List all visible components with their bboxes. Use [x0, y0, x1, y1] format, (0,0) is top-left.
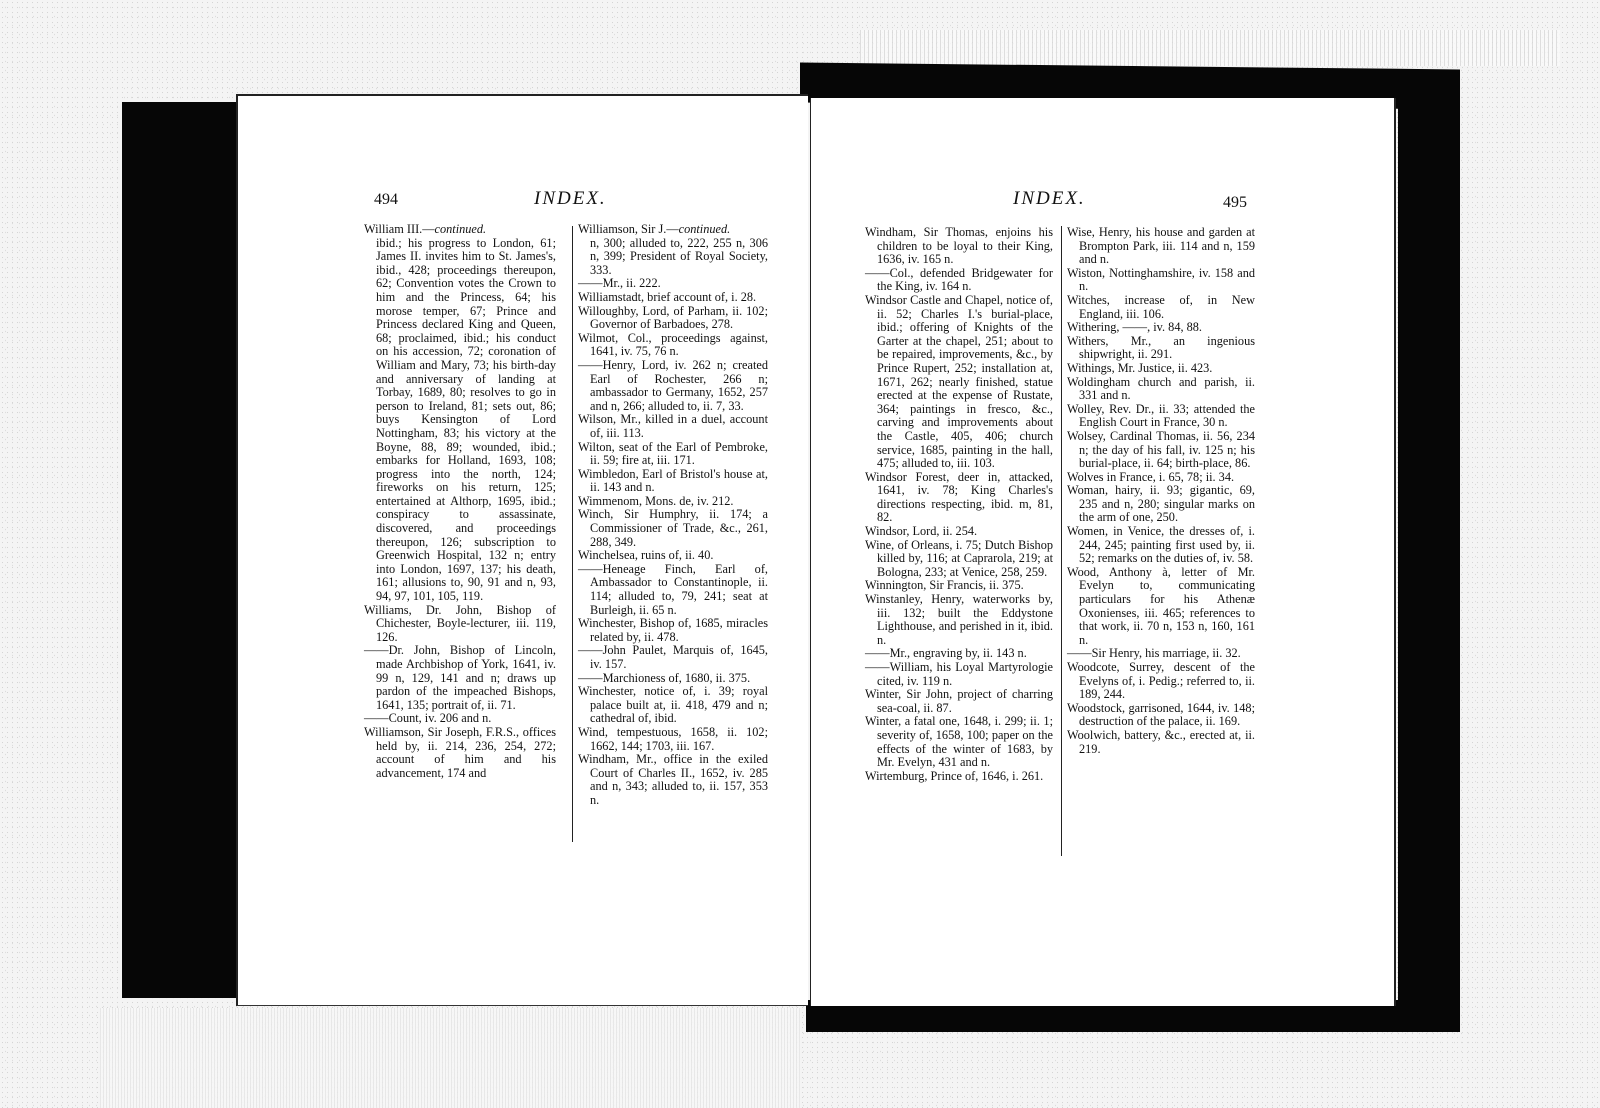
- index-subentry: John Paulet, Marquis of, 1645, iv. 157.: [578, 644, 768, 671]
- index-entry: Windham, Mr., office in the exiled Court…: [578, 753, 768, 807]
- index-subentry: Col., defended Bridgewater for the King,…: [865, 267, 1053, 294]
- page-number: 495: [1223, 194, 1247, 212]
- continuation-heading: William III.—continued.: [364, 223, 556, 237]
- index-entry: Williamstadt, brief account of, i. 28.: [578, 291, 768, 305]
- right-page: INDEX. 495 Windham, Sir Thomas, enjoins …: [810, 98, 1396, 1006]
- index-entry: Wiston, Nottinghamshire, iv. 158 and n.: [1067, 267, 1255, 294]
- index-entry: Woman, hairy, ii. 93; gigantic, 69, 235 …: [1067, 484, 1255, 525]
- continuation-heading: Williamson, Sir J.—continued.: [578, 223, 768, 237]
- index-entry: Wilson, Mr., killed in a duel, account o…: [578, 413, 768, 440]
- index-subentry: Mr., ii. 222.: [578, 277, 768, 291]
- index-entry: Wise, Henry, his house and garden at Bro…: [1067, 226, 1255, 267]
- index-subentry: Mr., engraving by, ii. 143 n.: [865, 647, 1053, 661]
- index-column-1: William III.—continued. ibid.; his progr…: [364, 223, 556, 780]
- index-entry: Woodcote, Surrey, descent of the Evelyns…: [1067, 661, 1255, 702]
- index-entry: Windsor Forest, deer in, attacked, 1641,…: [865, 471, 1053, 525]
- index-entry: Woodstock, garrisoned, 1644, iv. 148; de…: [1067, 702, 1255, 729]
- index-entry: Withings, Mr. Justice, ii. 423.: [1067, 362, 1255, 376]
- index-subentry: Count, iv. 206 and n.: [364, 712, 556, 726]
- index-subentry: Sir Henry, his marriage, ii. 32.: [1067, 647, 1255, 661]
- index-subentry: Heneage Finch, Earl of, Ambassador to Co…: [578, 563, 768, 617]
- book-cover-right: [1398, 95, 1460, 1030]
- index-entry: Wolves in France, i. 65, 78; ii. 34.: [1067, 471, 1255, 485]
- index-entry: Women, in Venice, the dresses of, i. 244…: [1067, 525, 1255, 566]
- index-entry: Wolsey, Cardinal Thomas, ii. 56, 234 n; …: [1067, 430, 1255, 471]
- index-entry: Winchester, notice of, i. 39; royal pala…: [578, 685, 768, 726]
- index-entry: Withers, Mr., an ingenious shipwright, i…: [1067, 335, 1255, 362]
- running-title: INDEX.: [534, 188, 607, 210]
- index-entry: Winter, Sir John, project of charring se…: [865, 688, 1053, 715]
- index-entry: ibid.; his progress to London, 61; James…: [364, 237, 556, 604]
- index-entry: Winchelsea, ruins of, ii. 40.: [578, 549, 768, 563]
- page-edges-top: [860, 30, 1560, 66]
- index-entry: Windham, Sir Thomas, enjoins his childre…: [865, 226, 1053, 267]
- index-entry: Woolwich, battery, &c., erected at, ii. …: [1067, 729, 1255, 756]
- index-entry: Windsor Castle and Chapel, notice of, ii…: [865, 294, 1053, 471]
- index-subentry: Marchioness of, 1680, ii. 375.: [578, 672, 768, 686]
- index-column-2: Wise, Henry, his house and garden at Bro…: [1067, 226, 1255, 756]
- index-entry: Winter, a fatal one, 1648, i. 299; ii. 1…: [865, 715, 1053, 769]
- index-entry: Wine, of Orleans, i. 75; Dutch Bishop ki…: [865, 539, 1053, 580]
- index-entry: Williamson, Sir Joseph, F.R.S., offices …: [364, 726, 556, 780]
- index-entry: Williams, Dr. John, Bishop of Chichester…: [364, 604, 556, 645]
- column-divider: [1061, 226, 1062, 856]
- scan-shadow-bottom: [100, 1008, 800, 1108]
- index-subentry: William, his Loyal Martyrologie cited, i…: [865, 661, 1053, 688]
- index-entry: Wimmenom, Mons. de, iv. 212.: [578, 495, 768, 509]
- running-title: INDEX.: [1013, 188, 1086, 210]
- index-entry: Withering, ——, iv. 84, 88.: [1067, 321, 1255, 335]
- index-entry: Wilmot, Col., proceedings against, 1641,…: [578, 332, 768, 359]
- index-entry: Wolley, Rev. Dr., ii. 33; attended the E…: [1067, 403, 1255, 430]
- index-entry: Winstanley, Henry, waterworks by, iii. 1…: [865, 593, 1053, 647]
- index-subentry: Dr. John, Bishop of Lincoln, made Archbi…: [364, 644, 556, 712]
- index-entry: Wood, Anthony à, letter of Mr. Evelyn to…: [1067, 566, 1255, 648]
- index-entry: Willoughby, Lord, of Parham, ii. 102; Go…: [578, 305, 768, 332]
- index-entry: Windsor, Lord, ii. 254.: [865, 525, 1053, 539]
- index-entry: Witches, increase of, in New England, ii…: [1067, 294, 1255, 321]
- index-entry: Wilton, seat of the Earl of Pembroke, ii…: [578, 441, 768, 468]
- index-column-2: Williamson, Sir J.—continued. n, 300; al…: [578, 223, 768, 808]
- index-column-1: Windham, Sir Thomas, enjoins his childre…: [865, 226, 1053, 783]
- page-number: 494: [374, 191, 398, 209]
- index-subentry: Henry, Lord, iv. 262 n; created Earl of …: [578, 359, 768, 413]
- index-entry: Wirtemburg, Prince of, 1646, i. 261.: [865, 770, 1053, 784]
- index-entry: Wind, tempestuous, 1658, ii. 102; 1662, …: [578, 726, 768, 753]
- index-entry: Wimbledon, Earl of Bristol's house at, i…: [578, 468, 768, 495]
- index-entry: Winchester, Bishop of, 1685, miracles re…: [578, 617, 768, 644]
- book-cover-left: [122, 102, 242, 998]
- index-entry: Winch, Sir Humphry, ii. 174; a Commissio…: [578, 508, 768, 549]
- column-divider: [572, 226, 573, 842]
- left-page: 494 INDEX. William III.—continued. ibid.…: [236, 94, 808, 1006]
- index-entry: Winnington, Sir Francis, ii. 375.: [865, 579, 1053, 593]
- index-entry: Woldingham church and parish, ii. 331 an…: [1067, 376, 1255, 403]
- index-entry: n, 300; alluded to, 222, 255 n, 306 n, 3…: [578, 237, 768, 278]
